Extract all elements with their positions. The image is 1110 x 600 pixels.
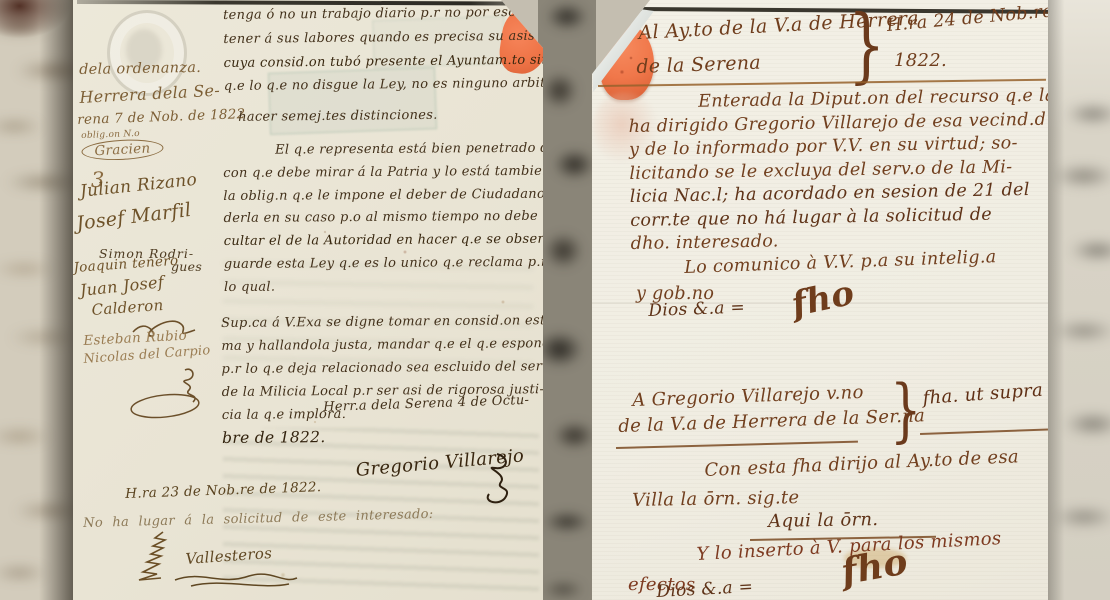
dios-formula: Dios &.a = <box>656 577 754 600</box>
scanned-manuscript-spread: dela ordenanza. Herrera dela Se- rena 7 … <box>0 0 1110 600</box>
manuscript-line: derla en su caso p.o al mismo tiempo no … <box>223 206 545 231</box>
fecha-ut-supra: fha. ut supra <box>922 380 1044 409</box>
header-date-line: 1822. <box>894 50 947 71</box>
rubric-flourish-oval <box>123 364 213 420</box>
background-blurred-page-left <box>0 0 78 600</box>
margin-signature: Joaquin tenero <box>73 253 179 276</box>
manuscript-line: guarde esta Ley q.e es lo unico q.e recl… <box>224 252 546 277</box>
background-gap-shadow <box>538 0 596 600</box>
paragraph-block: El q.e representa está bien penetrado de… <box>223 138 546 300</box>
signature-rubric <box>467 452 523 510</box>
manuscript-line: p.r lo q.e deja relacionado sea escluido… <box>221 355 551 381</box>
margin-note: Herrera dela Se- <box>79 81 220 107</box>
address-line: de la Serena <box>636 52 761 78</box>
aqui-la-orden: Aqui la ōrn. <box>768 509 879 532</box>
header-brace: } <box>848 4 885 86</box>
left-page: dela ordenanza. Herrera dela Se- rena 7 … <box>73 0 543 600</box>
manuscript-line: q.e lo q.e no disgue la Ley, no es ningu… <box>224 72 546 99</box>
manuscript-line: la oblig.n q.e le impone el deber de Ciu… <box>223 183 545 208</box>
margin-note: dela ordenanza. <box>79 60 201 78</box>
paragraph-block: Sup.ca á V.Exa se digne tomar en consid.… <box>221 309 552 450</box>
fho-rubric: fho <box>788 273 858 325</box>
right-page: Al Ay.to de la V.a de Herrera de la Sere… <box>592 0 1048 600</box>
margin-note: rena 7 de Nob. de 1822 <box>77 106 246 128</box>
dios-formula: Dios &.a = <box>648 298 745 321</box>
signature-underline-flourish <box>171 566 301 590</box>
addressee-underline <box>616 441 858 449</box>
manuscript-line: Sup.ca á V.Exa se digne tomar en consid.… <box>221 309 551 335</box>
body-paragraph: Enterada la Diput.on del recurso q.e la … <box>628 85 1051 257</box>
manuscript-line: El q.e representa está bien penetrado de… <box>275 138 545 163</box>
manuscript-line: lo qual. <box>224 275 546 300</box>
manuscript-line: tener á sus labores quando es precisa su… <box>223 24 545 51</box>
manuscript-line: cuya consid.on tubó presente el Ayuntam.… <box>223 48 545 75</box>
manuscript-line: ma y hallandola justa, mandar q.e el q.e… <box>221 332 551 358</box>
section-brace: } <box>890 376 922 445</box>
manuscript-line: tenga ó no un trabajo diario p.r no por … <box>223 1 545 28</box>
paragraph-block: tenga ó no un trabajo diario p.r no por … <box>223 1 546 130</box>
manuscript-line: con q.e debe mirar á la Patria y lo está… <box>223 161 545 186</box>
order-line: Villa la ōrn. sig.te <box>632 487 800 511</box>
manuscript-line: cultar el de la Autoridad en hacer q.e s… <box>224 229 546 254</box>
margin-note-circled: Gracien <box>81 138 164 162</box>
order-line: Con esta fha dirijo al Ay.to de esa <box>704 446 1019 481</box>
addressee-line: A Gregorio Villarejo v.no <box>632 382 864 411</box>
addressee-line: de la V.a de Herrera de la Ser.na <box>618 405 926 437</box>
margin-signature: Josef Marfil <box>75 199 193 235</box>
manuscript-line: hacer semej.tes distinciones. <box>238 103 546 130</box>
background-blurred-page-right <box>1040 0 1110 600</box>
fecha-underline <box>920 429 1048 435</box>
